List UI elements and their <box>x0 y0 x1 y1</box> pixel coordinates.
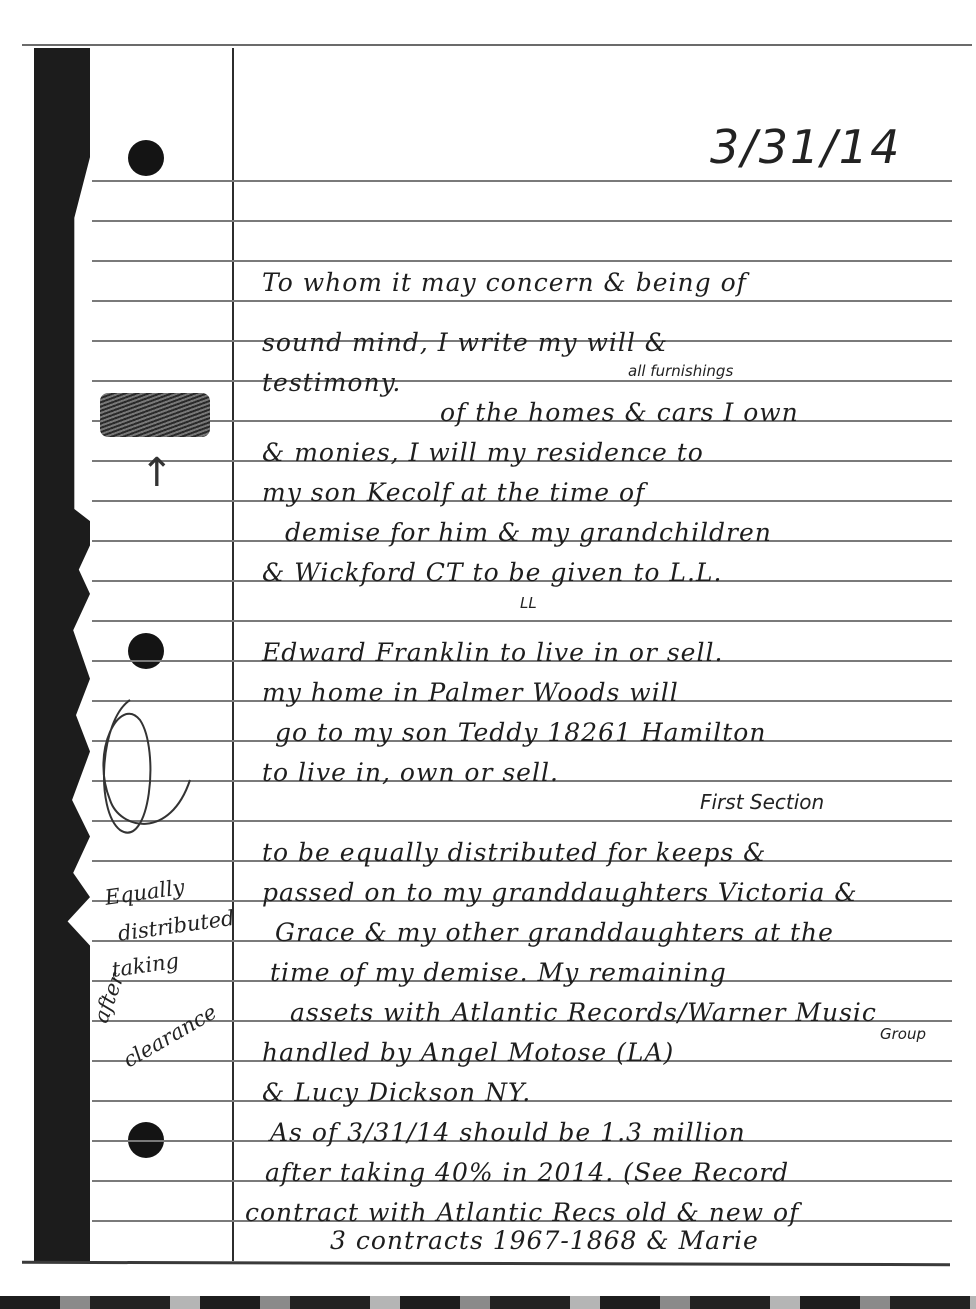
will-line: & monies, I will my residence to <box>262 438 704 467</box>
margin-note: after <box>89 970 129 1026</box>
insertion-note: LL <box>520 594 537 612</box>
will-line: As of 3/31/14 should be 1.3 million <box>270 1118 746 1147</box>
will-line: go to my son Teddy 18261 Hamilton <box>275 718 766 747</box>
will-line: Edward Franklin to live in or sell. <box>262 638 723 667</box>
will-line: To whom it may concern & being of <box>262 268 747 297</box>
scan-edge <box>0 1296 976 1309</box>
ruled-line <box>92 260 952 262</box>
ruled-line <box>92 220 952 222</box>
spiral-binding-edge <box>34 48 90 1261</box>
scribbled-out-text <box>100 393 210 437</box>
will-line: to be equally distributed for keeps & <box>262 838 766 867</box>
will-line: assets with Atlantic Records/Warner Musi… <box>290 998 877 1027</box>
insertion-note: all furnishings <box>628 362 733 380</box>
top-border <box>22 44 972 46</box>
punch-hole-icon <box>128 140 164 176</box>
will-line: sound mind, I write my will & <box>262 328 668 357</box>
will-line: my home in Palmer Woods will <box>262 678 679 707</box>
punch-hole-icon <box>128 633 164 669</box>
margin-note: Equally <box>103 875 186 910</box>
will-line: my son Kecolf at the time of <box>262 478 645 507</box>
loop-mark-icon <box>80 690 200 870</box>
will-line: testimony. <box>262 368 401 397</box>
will-line: of the homes & cars I own <box>440 398 799 427</box>
scanned-page: 3/31/14 ↑ To whom it may concern & being… <box>0 0 976 1309</box>
ruled-line <box>92 380 952 382</box>
will-line: time of my demise. My remaining <box>270 958 727 987</box>
insertion-note: First Section <box>700 790 824 814</box>
insertion-note: Group <box>880 1025 926 1043</box>
will-line: passed on to my granddaughters Victoria … <box>262 878 858 907</box>
will-line: Grace & my other granddaughters at the <box>275 918 834 947</box>
will-line: handled by Angel Motose (LA) <box>262 1038 674 1067</box>
will-line: to live in, own or sell. <box>262 758 559 787</box>
will-line: demise for him & my grandchildren <box>285 518 772 547</box>
bottom-border <box>22 1261 950 1266</box>
ruled-line <box>92 820 952 822</box>
will-line: & Wickford CT to be given to L.L. <box>262 558 722 587</box>
date-heading: 3/31/14 <box>710 120 901 174</box>
ruled-line <box>92 180 952 182</box>
ruled-line <box>92 300 952 302</box>
ruled-line <box>92 620 952 622</box>
will-line: after taking 40% in 2014. (See Record <box>265 1158 789 1187</box>
will-line: & Lucy Dickson NY. <box>262 1078 531 1107</box>
arrow-up-icon: ↑ <box>140 450 174 496</box>
margin-line <box>232 48 234 1261</box>
will-line: 3 contracts 1967-1868 & Marie <box>330 1226 759 1255</box>
will-line: contract with Atlantic Recs old & new of <box>245 1198 799 1227</box>
